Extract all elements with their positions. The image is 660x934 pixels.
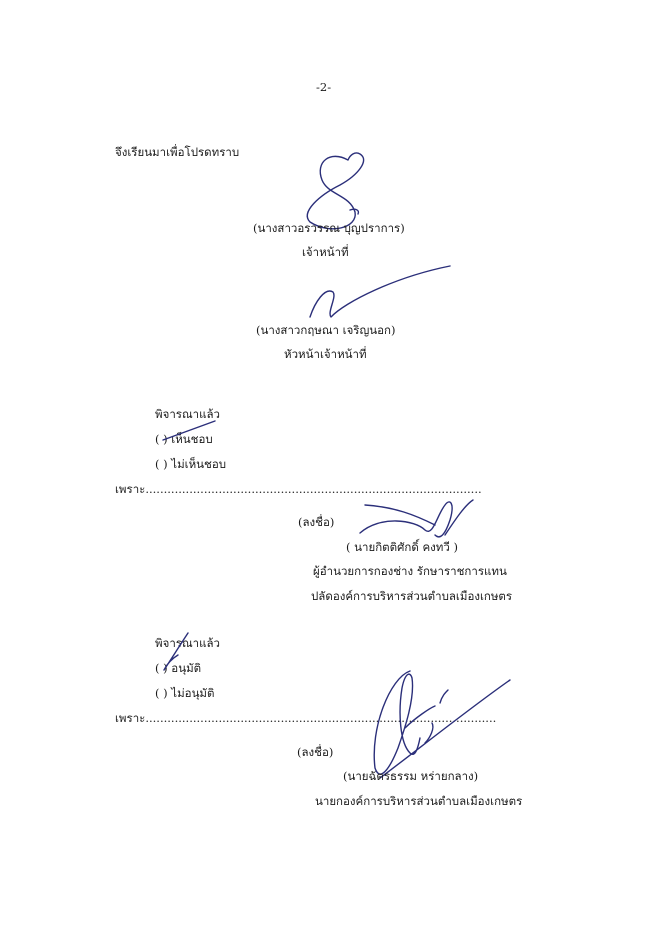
signature-3 (355, 495, 480, 545)
option-label: เห็นชอบ (171, 432, 212, 446)
page-number: -2- (316, 82, 331, 94)
checkbox[interactable]: ( ) (155, 686, 168, 700)
signatory-1-position: เจ้าหน้าที่ (302, 247, 349, 259)
review-2-heading: พิจารณาแล้ว (155, 638, 220, 650)
closing-text: จึงเรียนมาเพื่อโปรดทราบ (115, 147, 239, 159)
review-2-position-line1: นายกองค์การบริหารส่วนตำบลเมืองเกษตร (315, 796, 522, 808)
signatory-2-position: หัวหน้าเจ้าหน้าที่ (284, 349, 367, 361)
review-1-sign-label: (ลงชื่อ) (298, 517, 334, 529)
review-2-option-reject[interactable]: ( ) ไม่อนุมัติ (155, 688, 214, 700)
signature-2 (305, 262, 455, 322)
review-1-reason: เพราะ...................................… (115, 484, 482, 496)
review-2-reason: เพราะ...................................… (115, 713, 496, 725)
option-label: ไม่อนุมัติ (171, 686, 214, 700)
review-2-sign-label: (ลงชื่อ) (297, 747, 333, 759)
reason-dots: ........................................… (145, 711, 496, 725)
review-1-position-line2: ปลัดองค์การบริหารส่วนตำบลเมืองเกษตร (311, 591, 512, 603)
review-2-name: (นายฉัตรธรรม หร่ายกลาง) (343, 771, 478, 783)
option-label: อนุมัติ (171, 661, 201, 675)
review-1-option-reject[interactable]: ( ) ไม่เห็นชอบ (155, 459, 226, 471)
reason-dots: ........................................… (145, 482, 481, 496)
signatory-1-name: (นางสาวอรวรรณ บุญปราการ) (253, 223, 405, 235)
review-1-heading: พิจารณาแล้ว (155, 409, 220, 421)
checkbox[interactable]: ( ) (155, 661, 168, 675)
review-1-name: ( นายกิตติศักดิ์ คงทวี ) (346, 542, 458, 554)
reason-label: เพราะ (115, 482, 145, 496)
checkbox[interactable]: ( ) (155, 432, 168, 446)
review-2-option-approve[interactable]: ( ) อนุมัติ (155, 663, 201, 675)
checkbox[interactable]: ( ) (155, 457, 168, 471)
signatory-2-name: (นางสาวกฤษณา เจริญนอก) (256, 325, 396, 337)
option-label: ไม่เห็นชอบ (171, 457, 226, 471)
review-1-option-approve[interactable]: ( ) เห็นชอบ (155, 434, 213, 446)
review-1-position-line1: ผู้อำนวยการกองช่าง รักษาราชการแทน (313, 566, 507, 578)
reason-label: เพราะ (115, 711, 145, 725)
signature-4 (360, 668, 520, 783)
